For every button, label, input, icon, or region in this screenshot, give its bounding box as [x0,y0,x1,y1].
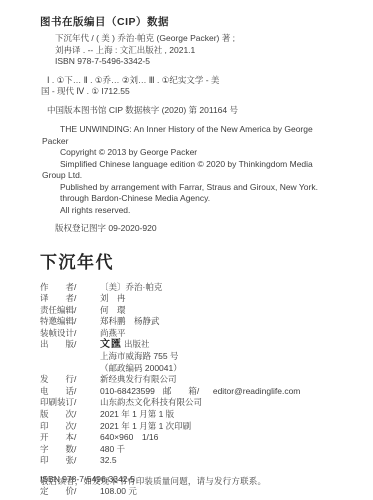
row-label: 电 话 [40,386,74,398]
row-value: 32.5 [100,455,117,467]
row-label: 开 本 [40,432,74,444]
cip-classification-line: 国 - 现代 Ⅳ . ① I712.55 [41,86,345,98]
slash: / [74,282,80,294]
slash: / [74,432,80,444]
slash: / [74,374,80,386]
row-value: 2021 年 1 月第 1 次印刷 [100,421,191,433]
row-value: 何 環 [100,305,126,317]
publisher-address: 上海市威海路 755 号 [100,351,345,363]
reader-notice: 敬启读者，如发现本书有印装质量问题，请与发行方联系。 [40,475,266,487]
slash: / [197,386,203,398]
colophon-page: 图书在版编目（CIP）数据 下沉年代 / ( 美 ) 乔治·帕克 (George… [0,0,373,500]
cip-record-number: 中国版本图书馆 CIP 数据核字 (2020) 第 201164 号 [47,105,345,117]
copyright-line: Copyright © 2013 by George Packer [60,147,345,159]
copyright-line: Group Ltd. [42,170,345,182]
slash: / [74,444,80,456]
row-label: 出 版 [40,339,74,351]
slash: / [74,293,80,305]
cip-classification-line: Ⅰ . ①下… Ⅱ . ①乔… ②刘… Ⅲ . ①纪实文学 - 美 [47,75,345,87]
copyright-line: Simplified Chinese language edition © 20… [60,159,345,171]
row-author: 作 者/〔美〕乔治·帕克 [40,282,345,294]
slash: / [74,386,80,398]
cip-heading: 图书在版编目（CIP）数据 [40,14,345,29]
slash: / [74,455,80,467]
row-value: 刘 冉 [100,293,126,305]
publisher-postcode: （邮政编码 200041） [100,363,345,375]
slash: / [74,328,80,340]
row-managing-editor: 责任编辑/何 環 [40,305,345,317]
row-sheets: 印 张/32.5 [40,455,345,467]
slash: / [74,409,80,421]
row-distributor: 发 行/新经典发行有限公司 [40,374,345,386]
book-title: 下沉年代 [40,248,345,273]
copyright-line: All rights reserved. [60,205,345,217]
row-label: 特邀编辑 [40,316,74,328]
cip-line: 刘冉译 . -- 上海 : 文汇出版社 , 2021.1 [55,45,345,57]
row-value: 〔美〕乔治·帕克 [100,282,162,294]
phone-number: 010-68423599 [100,386,155,398]
row-value: 2021 年 1 月第 1 版 [100,409,174,421]
slash: / [74,421,80,433]
copyright-line: Packer [42,136,345,148]
copyright-registration-number: 版权登记图字 09-2020-920 [55,223,345,235]
slash: / [74,316,80,328]
row-label: 责任编辑 [40,305,74,317]
row-translator: 译 者/刘 冉 [40,293,345,305]
slash: / [74,397,80,409]
row-publisher: 出 版/文匯出版社 [40,339,345,351]
row-label: 装帧设计 [40,328,74,340]
row-label: 版 次 [40,409,74,421]
row-label: 印刷装订 [40,397,74,409]
row-value: 108.00 元 [100,486,137,498]
row-label: 印 张 [40,455,74,467]
row-value: 尚燕平 [100,328,126,340]
row-label: 字 数 [40,444,74,456]
row-value: 640×960 1/16 [100,432,158,444]
row-designer: 装帧设计/尚燕平 [40,328,345,340]
row-word-count: 字 数/480 千 [40,444,345,456]
row-label: 发 行 [40,374,74,386]
row-label: 作 者 [40,282,74,294]
row-value: 新经典发行有限公司 [100,374,177,386]
copyright-block: THE UNWINDING: An Inner History of the N… [40,124,345,235]
copyright-line: Published by arrangement with Farrar, St… [60,182,345,194]
slash: / [74,305,80,317]
row-edition: 版 次/2021 年 1 月第 1 版 [40,409,345,421]
publisher-name: 文匯出版社 [100,339,150,351]
colophon-rows: 作 者/〔美〕乔治·帕克 译 者/刘 冉 责任编辑/何 環 特邀编辑/郑科鹏 杨… [40,282,345,498]
email-address: editor@readinglife.com [213,386,301,398]
cip-line: 下沉年代 / ( 美 ) 乔治·帕克 (George Packer) 著 ; [55,33,345,45]
slash: / [74,339,80,351]
publisher-logo: 文匯 [100,339,122,350]
row-value: 山东韵杰文化科技有限公司 [100,397,202,409]
publisher-suffix: 出版社 [124,339,150,349]
copyright-line: THE UNWINDING: An Inner History of the N… [60,124,345,136]
cip-isbn-line: ISBN 978-7-5496-3342-5 [55,56,345,68]
email-label: 邮 箱 [163,386,197,398]
copyright-line: through Bardon-Chinese Media Agency. [60,193,345,205]
row-label: 印 次 [40,421,74,433]
row-label: 定 价 [40,486,74,498]
row-value: 郑科鹏 杨静武 [100,316,160,328]
row-price: 定 价/108.00 元 [40,486,345,498]
row-format: 开 本/640×960 1/16 [40,432,345,444]
row-label: 译 者 [40,293,74,305]
row-value: 480 千 [100,444,125,456]
row-phone-email: 电 话/010-68423599邮 箱/editor@readinglife.c… [40,386,345,398]
row-contributing-editor: 特邀编辑/郑科鹏 杨静武 [40,316,345,328]
row-printer: 印刷装订/山东韵杰文化科技有限公司 [40,397,345,409]
slash: / [74,486,80,498]
row-printing: 印 次/2021 年 1 月第 1 次印刷 [40,421,345,433]
